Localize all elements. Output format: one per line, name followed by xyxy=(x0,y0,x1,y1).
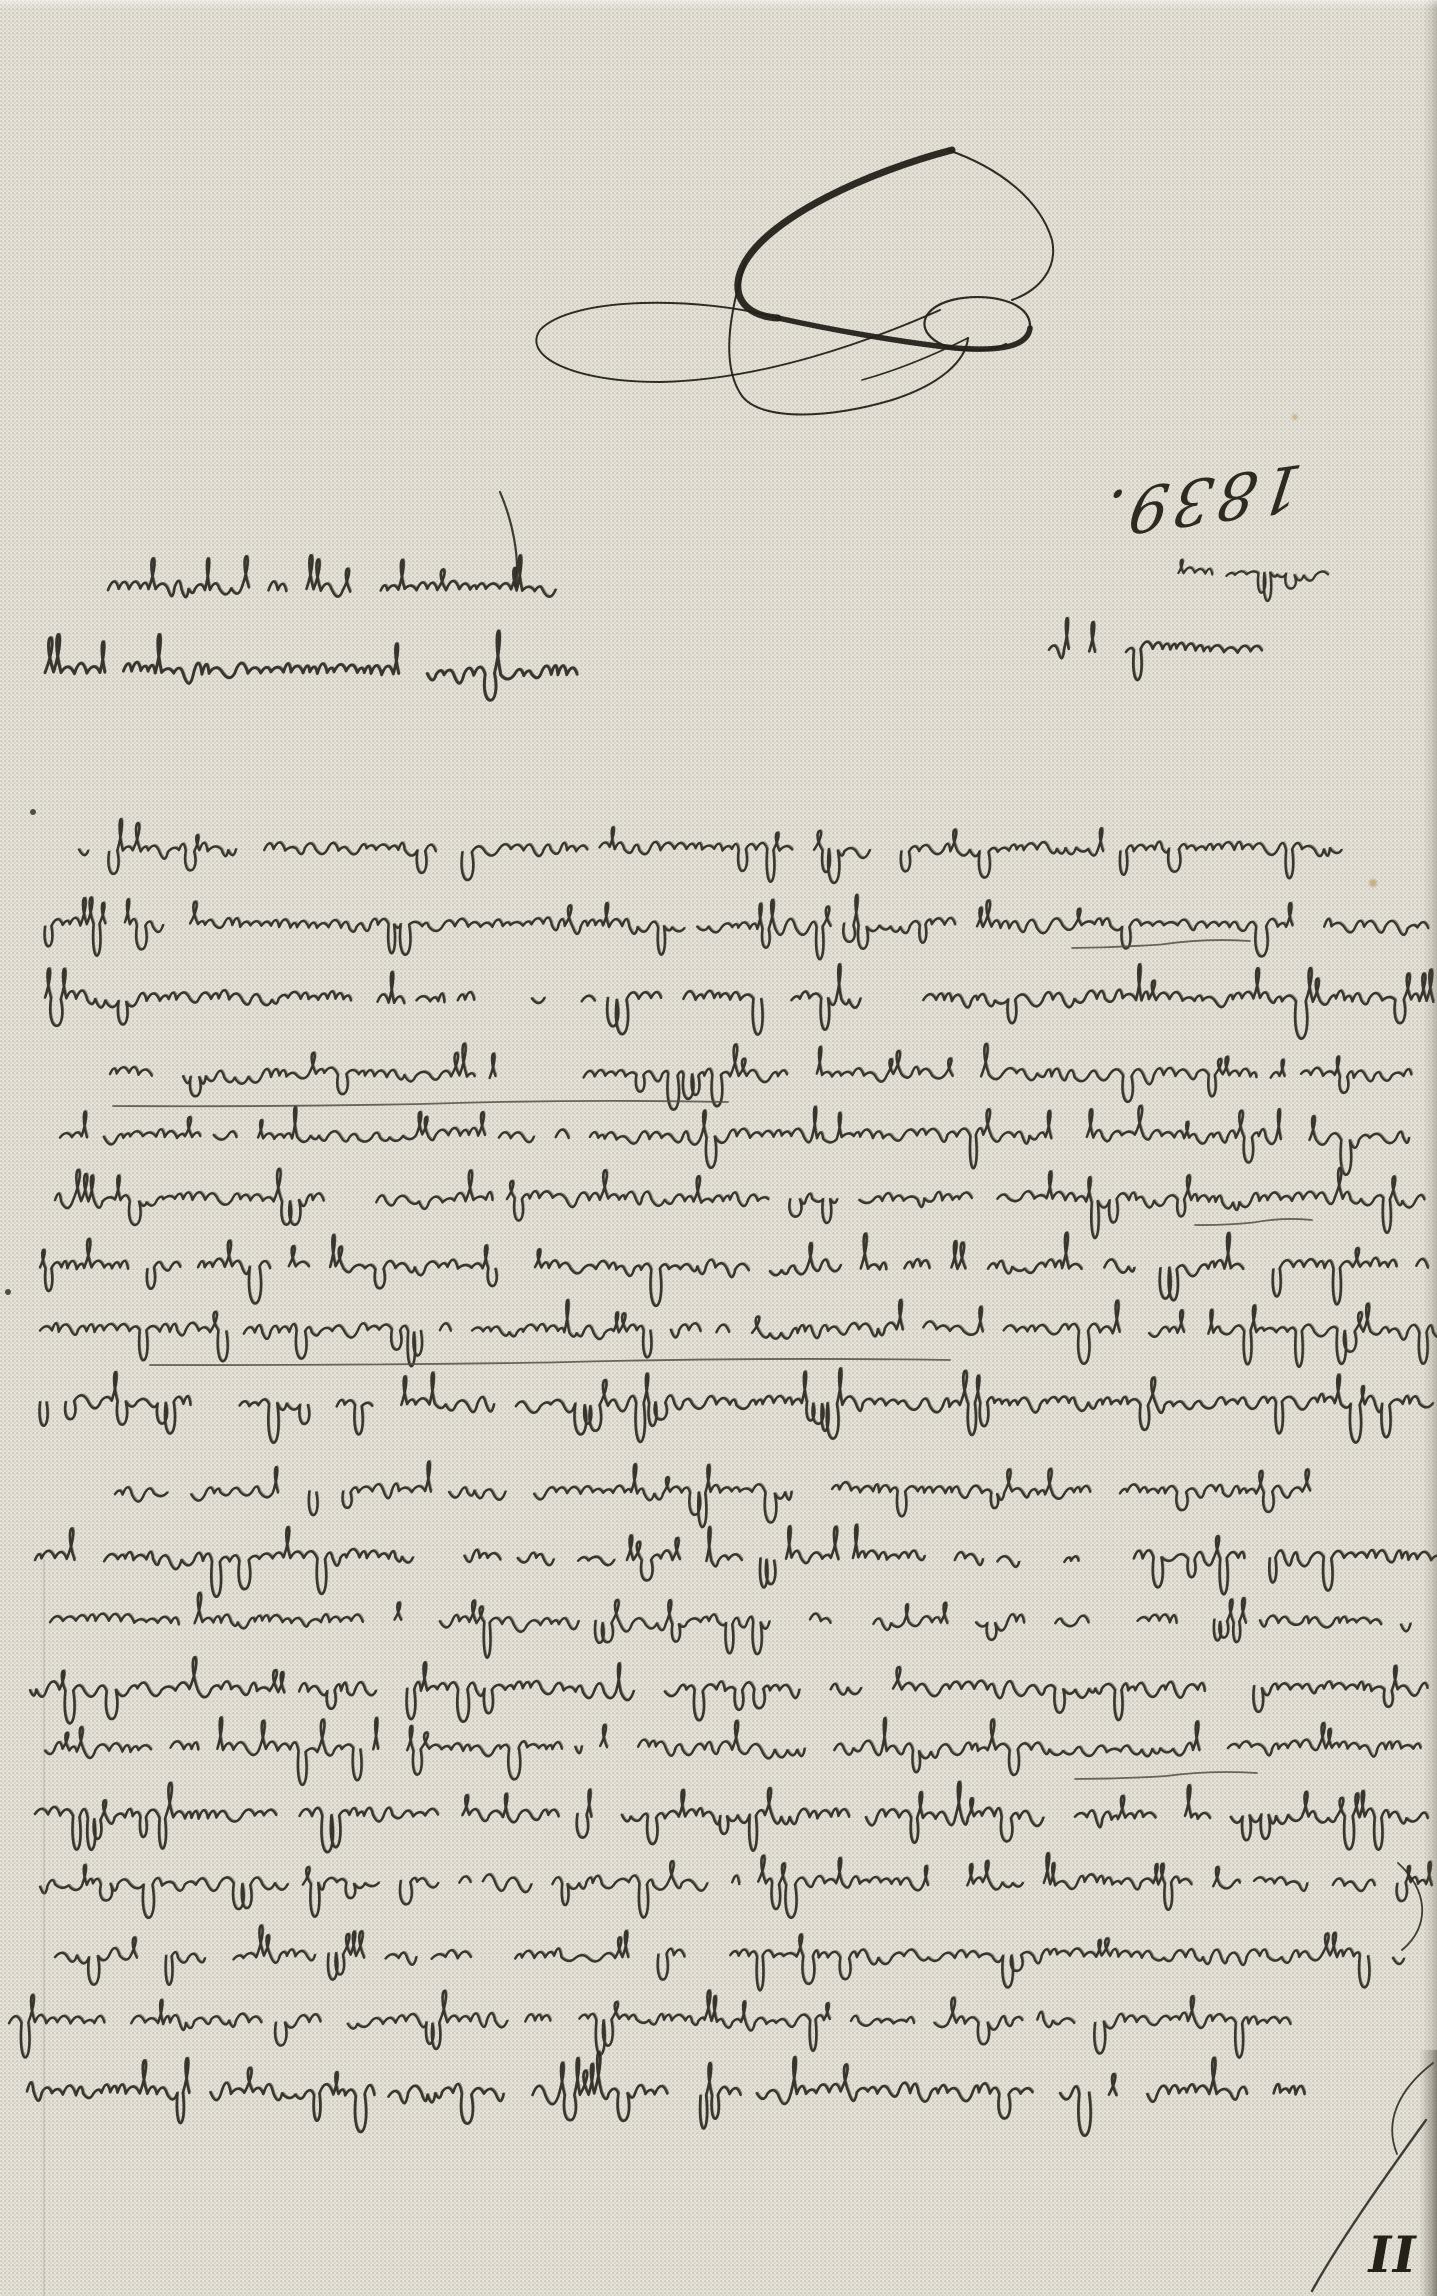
letter-facsimile-page: 1839. II xyxy=(0,0,1437,2296)
handwriting-stroke xyxy=(55,1925,1404,1990)
handwriting-stroke xyxy=(60,1106,1424,1175)
handwriting-hairline xyxy=(41,1299,1437,1366)
underline-stroke xyxy=(113,1101,728,1106)
stray-pen-stroke xyxy=(1398,1863,1422,1950)
manuscript-ink-layer xyxy=(0,0,1437,2296)
handwriting-hairline xyxy=(116,1460,1311,1526)
handwritten-body-line xyxy=(40,1299,1437,1367)
handwriting-stroke xyxy=(40,1233,1428,1306)
foxing-spot xyxy=(1292,414,1298,420)
handwritten-body-line xyxy=(45,963,1435,1039)
handwriting-stroke xyxy=(39,1368,1432,1442)
handwriting-stroke xyxy=(79,819,1342,883)
handwritten-header-line xyxy=(45,630,578,701)
page-corner-shadow xyxy=(1419,2050,1437,2296)
handwriting-stroke xyxy=(35,1525,1437,1597)
handwritten-body-line xyxy=(9,1989,1292,2057)
handwritten-body-line xyxy=(55,1167,1437,1239)
handwritten-body-line xyxy=(45,1716,1422,1785)
handwriting-hairline xyxy=(36,1781,1429,1851)
flourish-stroke xyxy=(536,303,940,382)
handwriting-stroke xyxy=(30,1657,1427,1723)
flourish-stroke xyxy=(948,150,1053,300)
handwritten-header-line xyxy=(1049,617,1263,680)
ink-speck xyxy=(5,1289,11,1295)
pen-flourish-swirl xyxy=(536,150,1053,415)
handwritten-body-line xyxy=(39,1367,1434,1443)
flourish-stroke xyxy=(778,318,1030,349)
handwritten-body-line xyxy=(35,1523,1437,1596)
handwritten-body-line xyxy=(27,2051,1306,2136)
handwritten-body-line xyxy=(35,1781,1429,1853)
handwritten-body-line xyxy=(40,1231,1429,1305)
underline-stroke xyxy=(1195,1219,1312,1225)
underline-stroke xyxy=(1075,1772,1257,1779)
handwriting-stroke xyxy=(9,1990,1291,2057)
foxing-spot xyxy=(1369,879,1377,887)
handwritten-body-line xyxy=(30,1656,1429,1724)
handwritten-body-line xyxy=(110,1042,1413,1109)
handwritten-body-line xyxy=(115,1460,1311,1527)
handwriting-stroke xyxy=(35,1782,1428,1852)
handwritten-header-line xyxy=(1178,559,1329,601)
ink-speck xyxy=(30,809,36,815)
plate-number-roman-numeral: II xyxy=(1363,2226,1422,2284)
handwritten-body-line xyxy=(60,1105,1426,1175)
underline-stroke xyxy=(150,1359,950,1365)
handwriting-stroke xyxy=(115,1461,1310,1527)
handwriting-stroke xyxy=(108,555,555,597)
handwritten-body-line xyxy=(55,1924,1405,1990)
handwriting-stroke xyxy=(1178,560,1328,601)
flourish-stroke xyxy=(738,150,952,318)
page-right-edge-shadow xyxy=(1423,0,1437,2296)
handwriting-stroke xyxy=(50,1593,1434,1658)
handwriting-stroke xyxy=(45,1717,1421,1785)
handwritten-body-line xyxy=(79,818,1343,883)
handwritten-header-line xyxy=(108,554,557,597)
handwriting-stroke xyxy=(55,1168,1437,1238)
handwritten-body-line xyxy=(44,894,1429,960)
handwriting-stroke xyxy=(1049,618,1262,680)
page-top-edge-highlight xyxy=(0,0,1437,8)
handwritten-body-line xyxy=(40,1852,1433,1918)
handwriting-stroke xyxy=(45,964,1433,1039)
handwriting-stroke xyxy=(40,1300,1437,1367)
handwritten-body-line xyxy=(50,1592,1435,1658)
handwriting-stroke xyxy=(27,2052,1305,2136)
underline-stroke xyxy=(1072,940,1250,948)
handwriting-stroke xyxy=(44,895,1428,959)
